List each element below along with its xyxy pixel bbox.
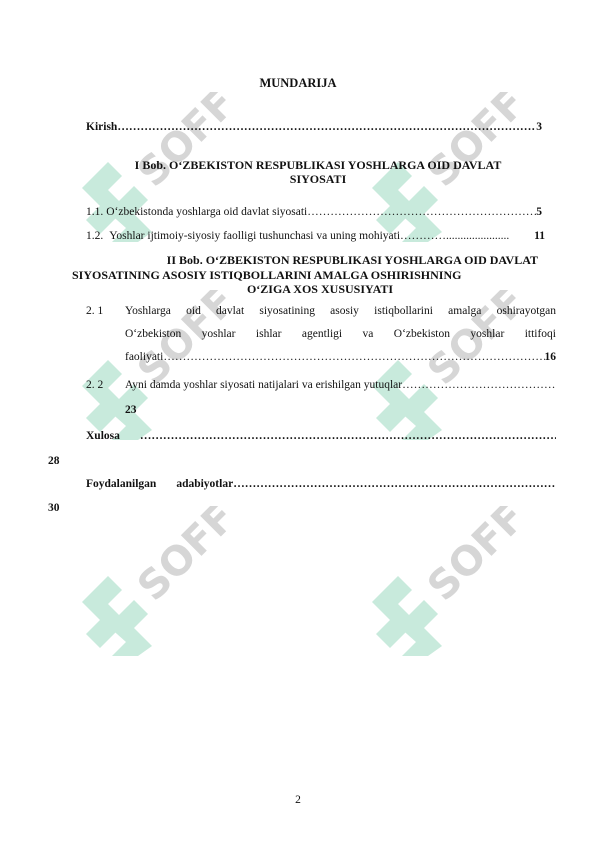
- svg-text:SOFF: SOFF: [419, 506, 528, 610]
- toc-leader-dots: …………......................: [400, 229, 534, 243]
- toc-entry-label: Xulosa: [86, 429, 120, 443]
- chapter-heading-1[interactable]: I Bob. O‘ZBEKISTON RESPUBLIKASI YOSHLARG…: [90, 158, 546, 186]
- toc-entry-label: O‘zbekistonda yoshlarga oid davlat siyos…: [106, 205, 307, 219]
- toc-entry-label: Kirish: [86, 120, 117, 134]
- chapter-heading-line: SIYOSATINING ASOSIY ISTIQBOLLARINI AMALG…: [70, 268, 550, 283]
- page-number: 2: [0, 794, 596, 806]
- chapter-heading-line: I Bob. O‘ZBEKISTON RESPUBLIKASI YOSHLARG…: [90, 158, 546, 172]
- toc-leader-dots: ……………………………………………………………………: [307, 205, 536, 219]
- toc-entry-adabiyotlar[interactable]: Foydalanilgan adabiyotlar ………………………………………: [86, 477, 556, 491]
- toc-entry-label: faoliyati: [125, 350, 163, 364]
- toc-leader-dots: ……………………………………………………………………………………………………………: [140, 429, 556, 443]
- toc-leader-dots: ……………………………………: [402, 378, 556, 392]
- toc-page-number: 23: [125, 403, 556, 417]
- toc-entry-label: adabiyotlar: [176, 477, 233, 491]
- watermark-logo: SOFF: [78, 506, 238, 656]
- toc-title: MUNDARIJA: [0, 76, 596, 91]
- toc-page-number: 5: [536, 205, 542, 219]
- toc-entry-number: 1.2.: [86, 229, 103, 243]
- toc-entry-label-line: O‘zbekiston yoshlar ishlar agentligi va …: [125, 327, 556, 350]
- chapter-heading-line: II Bob. O‘ZBEKISTON RESPUBLIKASI YOSHLAR…: [70, 253, 550, 268]
- toc-page-number: 16: [545, 350, 557, 364]
- toc-entry-label-line: Yoshlarga oid davlat siyosatining asosiy…: [125, 304, 556, 327]
- toc-entry-number: 2. 1: [86, 304, 103, 318]
- toc-entry-1-1[interactable]: 1.1. O‘zbekistonda yoshlarga oid davlat …: [86, 205, 542, 219]
- toc-page-number: 28: [48, 454, 60, 468]
- toc-entry-number: 2. 2: [86, 378, 103, 392]
- toc-entry-label: Ayni damda yoshlar siyosati natijalari v…: [125, 378, 402, 392]
- toc-entry-label: Yoshlar ijtimoiy-siyosiy faolligi tushun…: [109, 229, 400, 243]
- svg-text:SOFF: SOFF: [129, 506, 238, 610]
- chapter-heading-line: O‘ZIGA XOS XUSUSIYATI: [70, 282, 550, 297]
- toc-leader-dots: ……………………………………………………………………………………………………: [117, 120, 536, 134]
- toc-leader-dots: …………………………………………………………………………………….....: [233, 477, 556, 491]
- watermark-logo: SOFF: [368, 506, 528, 656]
- toc-entry-kirish[interactable]: Kirish …………………………………………………………………………………………: [86, 120, 542, 134]
- toc-entry-1-2[interactable]: 1.2. Yoshlar ijtimoiy-siyosiy faolligi t…: [86, 229, 545, 243]
- chapter-heading-2[interactable]: II Bob. O‘ZBEKISTON RESPUBLIKASI YOSHLAR…: [70, 253, 550, 297]
- chapter-heading-line: SIYOSATI: [90, 172, 546, 186]
- toc-page-number: 3: [536, 120, 542, 134]
- toc-page-number: 30: [48, 501, 60, 515]
- toc-leader-dots: ………………………………………………………………………………………………: [163, 350, 544, 364]
- toc-page-number: 11: [534, 229, 545, 243]
- toc-entry-number: 1.1.: [86, 205, 103, 219]
- toc-entry-label: Foydalanilgan: [86, 477, 156, 491]
- toc-entry-xulosa[interactable]: Xulosa …………………………………………………………………………………………: [86, 429, 556, 443]
